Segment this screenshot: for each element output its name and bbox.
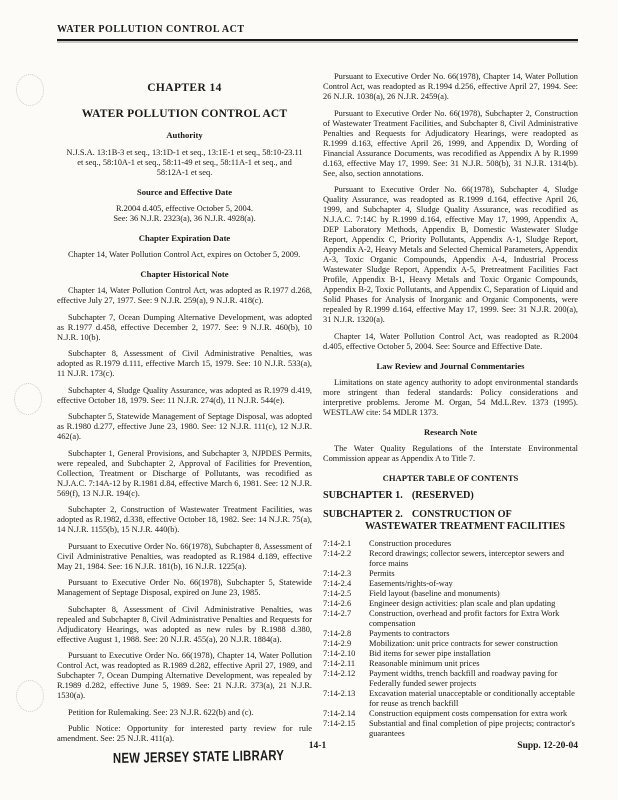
toc-entry-number: 7:14-2.12 (323, 669, 369, 689)
chapter-historical-note-heading: Chapter Historical Note (57, 269, 312, 279)
toc-entry-number: 7:14-2.8 (323, 629, 369, 639)
subchapter-2-heading: SUBCHAPTER 2.CONSTRUCTION OF WASTEWATER … (323, 509, 578, 533)
historical-note-paragraph: Chapter 14, Water Pollution Control Act,… (323, 332, 578, 352)
toc-entry: 7:14-2.4Easements/rights-of-way (323, 579, 578, 589)
toc-entry-text: Payments to contractors (369, 629, 578, 639)
toc-entry: 7:14-2.2Record drawings; collector sewer… (323, 549, 578, 569)
source-line: R.2004 d.405, effective October 5, 2004. (57, 204, 312, 214)
authority-heading: Authority (57, 130, 312, 140)
chapter-toc-heading: CHAPTER TABLE OF CONTENTS (323, 473, 578, 483)
binder-hole-mark (14, 383, 42, 415)
research-note-heading: Research Note (323, 427, 578, 437)
toc-entry-number: 7:14-2.6 (323, 599, 369, 609)
toc-entry-text: Payment widths, trench backfill and road… (369, 669, 578, 689)
toc-entry-text: Excavation material unacceptable or cond… (369, 689, 578, 709)
law-review-heading: Law Review and Journal Commentaries (323, 361, 578, 371)
toc-list: 7:14-2.1Construction procedures 7:14-2.2… (323, 539, 578, 739)
toc-entry-number: 7:14-2.11 (323, 659, 369, 669)
right-column: Pursuant to Executive Order No. 66(1978)… (323, 72, 578, 737)
subchapter-1-heading: SUBCHAPTER 1.(RESERVED) (323, 490, 578, 502)
historical-note-paragraph: Pursuant to Executive Order No. 66(1978)… (57, 542, 312, 572)
toc-entry: 7:14-2.7Construction, overhead and profi… (323, 609, 578, 629)
toc-entry: 7:14-2.1Construction procedures (323, 539, 578, 549)
toc-entry-number: 7:14-2.9 (323, 639, 369, 649)
chapter-expiration-heading: Chapter Expiration Date (57, 233, 312, 243)
toc-entry: 7:14-2.14Construction equipment costs co… (323, 709, 578, 719)
historical-note-paragraph: Subchapter 1, General Provisions, and Su… (57, 449, 312, 499)
historical-note-paragraph: Subchapter 5, Statewide Management of Se… (57, 412, 312, 442)
toc-entry-text: Field layout (baseline and monuments) (369, 589, 578, 599)
historical-note-paragraph: Pursuant to Executive Order No. 66(1978)… (57, 578, 312, 598)
historical-note-paragraph: Pursuant to Executive Order No. 66(1978)… (323, 109, 578, 179)
historical-note-paragraph: Subchapter 7, Ocean Dumping Alternative … (57, 313, 312, 343)
historical-note-paragraph: Pursuant to Executive Order No. 66(1978)… (323, 185, 578, 325)
historical-note-paragraph: Pursuant to Executive Order No. 66(1978)… (57, 651, 312, 701)
chapter-title-heading: WATER POLLUTION CONTROL ACT (57, 108, 312, 122)
toc-entry-text: Reasonable minimum unit prices (369, 659, 578, 669)
toc-entry: 7:14-2.5Field layout (baseline and monum… (323, 589, 578, 599)
subchapter-title: (RESERVED) (412, 490, 474, 501)
toc-entry-text: Mobilization: unit price contracts for s… (369, 639, 578, 649)
toc-entry-number: 7:14-2.7 (323, 609, 369, 629)
toc-entry-number: 7:14-2.3 (323, 569, 369, 579)
historical-note-paragraph: Subchapter 2, Construction of Wastewater… (57, 505, 312, 535)
toc-entry-number: 7:14-2.1 (323, 539, 369, 549)
document-page: WATER POLLUTION CONTROL ACT CHAPTER 14 W… (0, 0, 618, 800)
binder-hole-mark (16, 74, 44, 106)
historical-note-paragraph: Petition for Rulemaking. See: 23 N.J.R. … (57, 708, 312, 718)
subchapter-label: SUBCHAPTER 1. (323, 490, 412, 501)
toc-entry-number: 7:14-2.13 (323, 689, 369, 709)
running-header: WATER POLLUTION CONTROL ACT (57, 24, 578, 41)
toc-entry-text: Construction equipment costs compensatio… (369, 709, 578, 719)
toc-entry-text: Engineer design activities: plan scale a… (369, 599, 578, 609)
historical-note-paragraph: Subchapter 8, Assessment of Civil Admini… (57, 605, 312, 645)
toc-entry-text: Record drawings; collector sewers, inter… (369, 549, 578, 569)
toc-entry-number: 7:14-2.5 (323, 589, 369, 599)
left-column: CHAPTER 14 WATER POLLUTION CONTROL ACT A… (57, 72, 312, 737)
toc-entry: 7:14-2.3Permits (323, 569, 578, 579)
toc-entry: 7:14-2.15Substantial and final completio… (323, 719, 578, 739)
toc-entry-text: Bid items for sewer pipe installation (369, 649, 578, 659)
historical-note-paragraph: Subchapter 4, Sludge Quality Assurance, … (57, 386, 312, 406)
historical-note-paragraph: Chapter 14, Water Pollution Control Act,… (57, 286, 312, 306)
chapter-number-heading: CHAPTER 14 (57, 82, 312, 96)
chapter-expiration-text: Chapter 14, Water Pollution Control Act,… (57, 250, 312, 260)
page-number: 14-1 (57, 741, 578, 751)
subchapter-label: SUBCHAPTER 2. (323, 509, 412, 520)
source-citation: See: 36 N.J.R. 2323(a), 36 N.J.R. 4928(a… (57, 214, 312, 224)
toc-entry-number: 7:14-2.14 (323, 709, 369, 719)
toc-entry: 7:14-2.6Engineer design activities: plan… (323, 599, 578, 609)
toc-entry: 7:14-2.8Payments to contractors (323, 629, 578, 639)
toc-entry: 7:14-2.9Mobilization: unit price contrac… (323, 639, 578, 649)
research-note-text: The Water Quality Regulations of the Int… (323, 444, 578, 464)
toc-entry: 7:14-2.10Bid items for sewer pipe instal… (323, 649, 578, 659)
toc-entry: 7:14-2.13Excavation material unacceptabl… (323, 689, 578, 709)
authority-text: N.J.S.A. 13:1B-3 et seq., 13:1D-1 et seq… (57, 148, 312, 178)
two-column-body: CHAPTER 14 WATER POLLUTION CONTROL ACT A… (57, 72, 578, 737)
toc-entry-text: Easements/rights-of-way (369, 579, 578, 589)
supplement-date: Supp. 12-20-04 (517, 741, 578, 751)
toc-entry: 7:14-2.11Reasonable minimum unit prices (323, 659, 578, 669)
toc-entry-number: 7:14-2.15 (323, 719, 369, 739)
toc-entry-number: 7:14-2.10 (323, 649, 369, 659)
source-effective-date-heading: Source and Effective Date (57, 187, 312, 197)
library-stamp: NEW JERSEY STATE LIBRARY (113, 748, 284, 767)
running-header-title: WATER POLLUTION CONTROL ACT (57, 24, 245, 35)
toc-entry-number: 7:14-2.2 (323, 549, 369, 569)
toc-entry-text: Permits (369, 569, 578, 579)
toc-entry-text: Substantial and final completion of pipe… (369, 719, 578, 739)
binder-hole-mark (16, 680, 44, 712)
toc-entry-number: 7:14-2.4 (323, 579, 369, 589)
historical-note-paragraph: Subchapter 8, Assessment of Civil Admini… (57, 349, 312, 379)
toc-entry-text: Construction procedures (369, 539, 578, 549)
toc-entry-text: Construction, overhead and profit factor… (369, 609, 578, 629)
law-review-text: Limitations on state agency authority to… (323, 378, 578, 418)
historical-note-paragraph: Pursuant to Executive Order No. 66(1978)… (323, 72, 578, 102)
toc-entry: 7:14-2.12Payment widths, trench backfill… (323, 669, 578, 689)
